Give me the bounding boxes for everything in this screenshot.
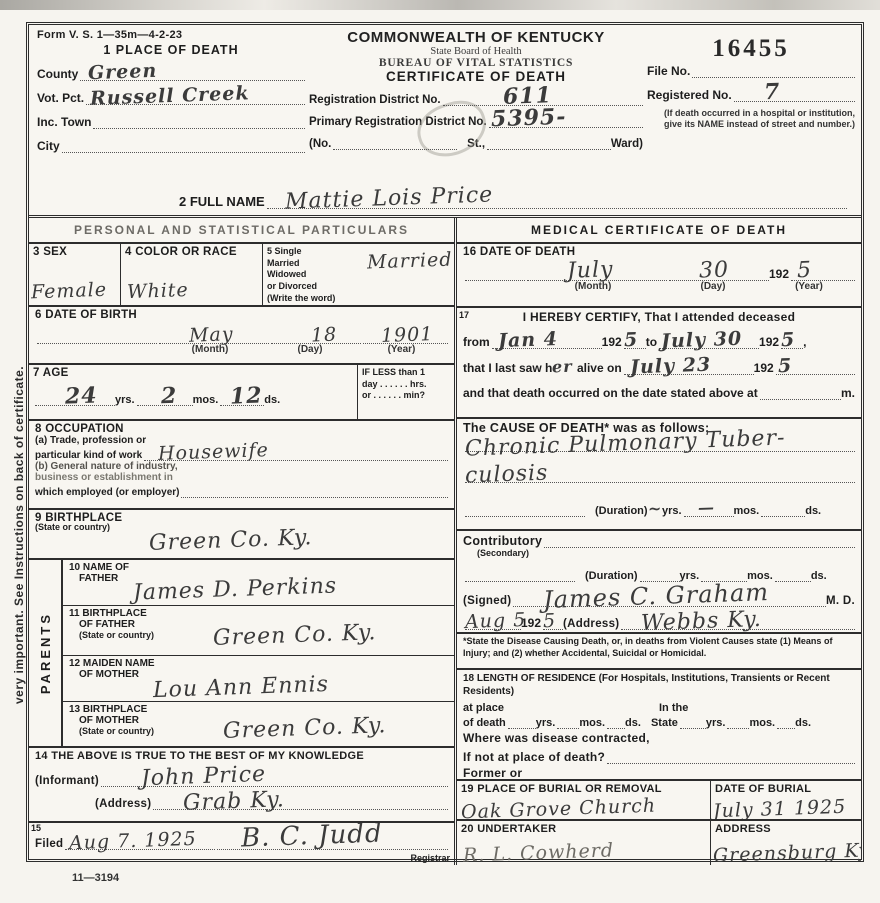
occurred-text: and that death occurred on the date stat…: [463, 386, 758, 400]
age-days-handwriting: 12: [230, 384, 263, 407]
less-than-day-cell: IF LESS than 1 day . . . . . . hrs. or .…: [358, 365, 454, 419]
scanned-death-certificate: very important. See Instructions on back…: [0, 0, 880, 903]
signed-date-line: Aug 5: [465, 615, 521, 630]
from-year-preprint: 192: [602, 335, 622, 349]
scan-artifact: [0, 0, 880, 10]
from-year-handwriting: 5: [623, 330, 638, 349]
inc-town-label: Inc. Town: [37, 115, 91, 129]
dob-day-line: 18: [271, 329, 361, 344]
undertaker-handwriting: R. L. Cowherd: [463, 841, 615, 865]
mother-bp-handwriting: Green Co. Ky.: [223, 715, 387, 743]
registrar-label: Registrar: [410, 853, 450, 865]
informant-address-handwriting: Grab Ky.: [183, 789, 286, 815]
parents-label: PARENTS: [38, 612, 53, 694]
dob-label: 6 DATE OF BIRTH: [35, 309, 448, 321]
cause-handwriting-2: culosis: [465, 463, 549, 488]
primary-registration-line: 5395-: [489, 113, 643, 128]
signed-year-handwriting: 5: [543, 612, 557, 631]
header-left: Form V. S. 1—35m—4-2-23 1 PLACE OF DEATH…: [37, 29, 305, 175]
state-board-subtitle: State Board of Health: [309, 46, 643, 57]
no-line: [333, 135, 457, 150]
from-line: Jan 4: [492, 334, 602, 349]
md-label: M. D.: [826, 595, 855, 607]
from-year-line: 5: [624, 334, 646, 349]
sex-label: 3 SEX: [33, 246, 116, 258]
res-state: State: [651, 717, 678, 729]
burial-label: 19 PLACE OF BURIAL OR REMOVAL: [461, 783, 706, 795]
color-race-handwriting: White: [127, 281, 189, 302]
residence-box: 18 LENGTH OF RESIDENCE (For Hospitals, I…: [457, 670, 861, 781]
inc-town-line: [93, 114, 305, 129]
dod-day-line: 30: [669, 266, 769, 281]
saw-year-handwriting: 5: [777, 356, 792, 375]
sex-handwriting: Female: [31, 281, 108, 303]
less-line-3: or . . . . . . min?: [362, 390, 450, 402]
contributory-box: Contributory (Secondary) (Duration) yrs.…: [457, 531, 861, 670]
cause-ds-caption: ds.: [805, 505, 821, 517]
age-years-line: 24: [35, 391, 115, 406]
full-name-line: Mattie Lois Price: [267, 194, 847, 209]
occupation-a-line2: particular kind of work: [35, 450, 142, 461]
less-line-2: day . . . . . . hrs.: [362, 379, 450, 391]
mother-name-handwriting: Lou Ann Ennis: [153, 674, 330, 702]
registered-no-line: 7: [734, 87, 855, 102]
undertaker-cell: 20 UNDERTAKER R. L. Cowherd: [457, 821, 711, 865]
burial-date-cell: DATE OF BURIAL July 31 1925: [711, 781, 861, 819]
dob-year-line: 1901: [363, 329, 448, 344]
res-ds1: ds.: [625, 717, 641, 729]
undertaker-address-label: ADDRESS: [715, 823, 857, 835]
saw-year-line: 5: [776, 360, 855, 375]
res-in-the: In the: [659, 702, 688, 714]
dob-day-handwriting: 18: [311, 326, 338, 346]
res-yrs1: yrs.: [536, 717, 556, 729]
age-years-handwriting: 24: [65, 384, 98, 407]
sex-color-marital-row: 3 SEX Female 4 COLOR OR RACE White 5 Sin…: [29, 244, 454, 308]
ds-caption: ds.: [264, 394, 280, 406]
occupation-b-line1: (b) General nature of industry,: [35, 461, 448, 472]
informant-label: (Informant): [35, 775, 99, 787]
signed-year-line: 5: [543, 615, 563, 630]
occupation-b-line: [181, 483, 448, 498]
father-bp-label1: 11 BIRTHPLACE: [69, 608, 448, 619]
file-number-stamp: 16455: [647, 35, 855, 63]
to-handwriting: July 30: [661, 329, 743, 351]
burial-handwriting: Oak Grove Church: [461, 797, 657, 821]
from-handwriting: Jan 4: [497, 330, 558, 351]
header-right: 16455 File No. Registered No. 7 (If deat…: [647, 29, 855, 175]
signed-line: James C. Graham: [513, 592, 826, 607]
mos-caption: mos.: [193, 394, 219, 406]
margin-instruction-note: very important. See Instructions on back…: [0, 190, 26, 880]
registration-district-field: Registration District No. 611: [309, 91, 643, 106]
res-at-place: at place: [463, 702, 529, 714]
medical-certificate-column: MEDICAL CERTIFICATE OF DEATH 16 DATE OF …: [457, 218, 861, 865]
st-line: [487, 135, 611, 150]
cause-yrs-line: —: [684, 502, 734, 517]
parents-block: PARENTS 10 NAME OF FATHER James D. Perki…: [29, 560, 454, 748]
county-handwriting: Green: [88, 62, 158, 83]
cause-line-2: culosis: [465, 468, 855, 483]
occurred-time-line: [760, 385, 841, 400]
dod-year-line: 5: [791, 266, 855, 281]
bureau-subtitle: BUREAU OF VITAL STATISTICS: [309, 57, 643, 69]
county-field: County Green: [37, 66, 305, 81]
informant-handwriting: John Price: [141, 764, 267, 790]
cause-of-death-box: The CAUSE OF DEATH* was as follows: Chro…: [457, 419, 861, 530]
occupation-handwriting: Housewife: [158, 441, 269, 464]
city-line: [62, 138, 305, 153]
certify-text: I HEREBY CERTIFY, That I attended deceas…: [463, 310, 855, 324]
occupation-a-line: Housewife: [144, 446, 448, 461]
filed-box: 15 Filed Aug 7. 1925 B. C. Judd Registra…: [29, 823, 454, 865]
saw-pre-label: that I last saw h: [463, 361, 552, 375]
undertaker-address-cell: ADDRESS Greensburg Ky.: [711, 821, 861, 865]
dod-month-handwriting: July: [567, 259, 614, 283]
cause-mos-caption: mos.: [734, 505, 760, 517]
secondary-label: (Secondary): [477, 548, 855, 560]
undertaker-row: 20 UNDERTAKER R. L. Cowherd ADDRESS Gree…: [457, 821, 861, 865]
informant-line: John Price: [101, 772, 448, 787]
signed-address-handwriting: Webbs Ky.: [641, 609, 763, 635]
contributory-label: Contributory: [463, 534, 542, 548]
certificate-title: CERTIFICATE OF DEATH: [309, 69, 643, 84]
to-year-line: 5: [781, 334, 803, 349]
to-year-preprint: 192: [759, 335, 779, 349]
informant-address-label: (Address): [95, 798, 151, 810]
father-birthplace-row: 11 BIRTHPLACE OF FATHER (State or countr…: [63, 606, 454, 656]
marital-handwriting: Married: [366, 250, 452, 272]
occupation-label: 8 OCCUPATION: [35, 423, 448, 435]
mother-name-row: 12 MAIDEN NAME OF MOTHER Lou Ann Ennis: [63, 656, 454, 702]
to-line: July 30: [659, 334, 759, 349]
informant-box: 14 THE ABOVE IS TRUE TO THE BEST OF MY K…: [29, 748, 454, 824]
age-cell: 7 AGE 24 yrs. 2 mos.: [29, 365, 358, 419]
date-of-birth-box: 6 DATE OF BIRTH May 18 1901: [29, 307, 454, 365]
cause-yrs-caption: yrs.: [662, 505, 682, 517]
parents-strip: PARENTS: [29, 560, 63, 746]
filed-date-handwriting: Aug 7. 1925: [69, 830, 197, 853]
dob-month-line: May: [159, 329, 269, 344]
signed-address-label: (Address): [563, 618, 619, 630]
place-of-death-heading: 1 PLACE OF DEATH: [37, 43, 305, 57]
commonwealth-title: COMMONWEALTH OF KENTUCKY: [309, 29, 643, 46]
birthplace-box: 9 BIRTHPLACE (State or country) Green Co…: [29, 510, 454, 560]
certificate-sheet: Form V. S. 1—35m—4-2-23 1 PLACE OF DEATH…: [26, 22, 864, 862]
full-name-handwriting: Mattie Lois Price: [284, 184, 493, 213]
personal-statistical-column: PERSONAL AND STATISTICAL PARTICULARS 3 S…: [29, 218, 457, 865]
saw-date-handwriting: July 23: [629, 355, 711, 377]
dod-year-preprint: 192: [769, 267, 789, 281]
vot-pct-field: Vot. Pct. Russell Creek: [37, 90, 305, 105]
registrar-signature: B. C. Judd: [241, 823, 383, 851]
duration-yrs-mark: ~: [647, 501, 662, 517]
informant-address-line: Grab Ky.: [153, 795, 448, 810]
marital-write-word: (Write the word): [267, 293, 450, 305]
saw-year-preprint: 192: [754, 361, 774, 375]
cause-duration-label: (Duration): [595, 505, 648, 517]
age-months-handwriting: 2: [160, 385, 177, 408]
registrar-sig-line: B. C. Judd: [217, 835, 448, 850]
primary-registration-handwriting: 5395-: [490, 106, 566, 131]
signed-date-handwriting: Aug 5: [465, 611, 527, 632]
registered-no-label: Registered No.: [647, 88, 732, 102]
dod-year-handwriting: 5: [797, 260, 813, 283]
full-name-label: 2 FULL NAME: [179, 194, 265, 209]
date-of-death-box: 16 DATE OF DEATH July 30 192 5: [457, 244, 861, 308]
contrib-duration-label: (Duration): [585, 570, 638, 582]
bottom-form-code: 11—3194: [72, 872, 119, 884]
cause-line-1: Chronic Pulmonary Tuber-: [465, 437, 855, 452]
county-label: County: [37, 67, 78, 81]
burial-date-label: DATE OF BURIAL: [715, 783, 857, 795]
residence-heading: 18 LENGTH OF RESIDENCE (For Hospitals, I…: [463, 672, 855, 698]
marital-cell: 5 Single Married Widowed or Divorced (Wr…: [263, 244, 454, 306]
medical-section-title: MEDICAL CERTIFICATE OF DEATH: [457, 218, 861, 244]
undertaker-address-handwriting: Greensburg Ky.: [713, 841, 861, 865]
vot-pct-handwriting: Russell Creek: [90, 84, 250, 109]
file-no-line: [692, 63, 855, 78]
contrib-ds-caption: ds.: [811, 570, 827, 582]
contracted-line2: If not at place of death?: [463, 750, 605, 764]
filed-label: Filed: [35, 838, 63, 850]
mother-birthplace-row: 13 BIRTHPLACE OF MOTHER (State or countr…: [63, 702, 454, 746]
age-months-line: 2: [137, 391, 193, 406]
age-box: 7 AGE 24 yrs. 2 mos.: [29, 365, 454, 421]
color-race-cell: 4 COLOR OR RACE White: [121, 244, 263, 306]
certify-box: 17 I HEREBY CERTIFY, That I attended dec…: [457, 308, 861, 419]
res-yrs2: yrs.: [706, 717, 726, 729]
dod-label: 16 DATE OF DEATH: [463, 246, 855, 258]
contributory-line: [544, 533, 855, 548]
dob-year-handwriting: 1901: [381, 325, 434, 346]
contracted-line: [607, 749, 855, 764]
cause-mos-line: [761, 502, 805, 517]
informant-heading: 14 THE ABOVE IS TRUE TO THE BEST OF MY K…: [35, 750, 448, 762]
marital-option-divorced: or Divorced: [267, 281, 450, 293]
city-field: City: [37, 138, 305, 153]
dod-day-handwriting: 30: [699, 259, 730, 282]
main-columns: PERSONAL AND STATISTICAL PARTICULARS 3 S…: [29, 215, 861, 865]
saw-date-line: July 23: [624, 360, 754, 375]
yrs-caption: yrs.: [115, 394, 135, 406]
registration-district-label: Registration District No.: [309, 94, 441, 106]
res-mos1: mos.: [579, 717, 605, 729]
county-line: Green: [80, 66, 305, 81]
saw-mid-label: alive on: [577, 361, 622, 375]
city-label: City: [37, 139, 60, 153]
header-center: COMMONWEALTH OF KENTUCKY State Board of …: [305, 29, 647, 175]
signed-address-line: Webbs Ky.: [621, 615, 855, 630]
sex-cell: 3 SEX Female: [29, 244, 121, 306]
occupation-box: 8 OCCUPATION (a) Trade, profession or pa…: [29, 421, 454, 510]
burial-date-handwriting: July 31 1925: [713, 798, 847, 821]
signed-label: (Signed): [463, 595, 511, 607]
occupation-b-line2: business or establishment in: [35, 472, 448, 483]
father-name-handwriting: James D. Perkins: [133, 575, 338, 604]
hospital-note: (If death occurred in a hospital or inst…: [647, 108, 855, 131]
former-line1: Former or: [463, 766, 855, 780]
dod-month-line: July: [527, 266, 667, 281]
inc-town-field: Inc. Town: [37, 114, 305, 129]
registered-no-handwriting: 7: [763, 81, 780, 104]
form-number: Form V. S. 1—35m—4-2-23: [37, 29, 305, 41]
burial-place-cell: 19 PLACE OF BURIAL OR REMOVAL Oak Grove …: [457, 781, 711, 819]
father-name-label1: 10 NAME OF: [69, 562, 448, 573]
full-name-row: 2 FULL NAME Mattie Lois Price: [29, 175, 861, 215]
color-race-label: 4 COLOR OR RACE: [125, 246, 258, 258]
cause-footnote: *State the Disease Causing Death, or, in…: [463, 636, 855, 659]
less-line-1: IF LESS than 1: [362, 367, 450, 379]
to-label: to: [646, 335, 657, 349]
vot-pct-line: Russell Creek: [86, 90, 305, 105]
file-no-label: File No.: [647, 64, 690, 78]
res-mos2: mos.: [749, 717, 775, 729]
age-label: 7 AGE: [33, 367, 353, 379]
ward-label: Ward): [611, 138, 643, 150]
mother-bp-label1: 13 BIRTHPLACE: [69, 704, 448, 715]
file-no-field: File No.: [647, 63, 855, 78]
no-label: (No.: [309, 138, 331, 150]
certify-number: 17: [459, 310, 469, 322]
personal-section-title: PERSONAL AND STATISTICAL PARTICULARS: [29, 218, 454, 244]
occupation-b-line3: which employed (or employer): [35, 487, 179, 498]
contracted-line1: Where was disease contracted,: [463, 731, 855, 745]
mother-name-label1: 12 MAIDEN NAME: [69, 658, 448, 669]
father-bp-handwriting: Green Co. Ky.: [213, 622, 377, 650]
duration-mos-mark: —: [697, 500, 715, 517]
day-caption: (Day): [265, 344, 355, 355]
father-name-row: 10 NAME OF FATHER James D. Perkins: [63, 560, 454, 606]
birthplace-handwriting: Green Co. Ky.: [149, 527, 313, 555]
res-of-death: of death: [463, 717, 506, 729]
to-year-handwriting: 5: [781, 330, 796, 349]
filed-date-line: Aug 7. 1925: [65, 835, 215, 850]
dob-month-handwriting: May: [189, 326, 234, 347]
res-ds2: ds.: [795, 717, 811, 729]
undertaker-label: 20 UNDERTAKER: [461, 823, 706, 835]
from-label: from: [463, 335, 490, 349]
burial-row: 19 PLACE OF BURIAL OR REMOVAL Oak Grove …: [457, 781, 861, 821]
filed-number: 15: [31, 823, 41, 835]
saw-er-handwriting: er: [552, 358, 573, 375]
registered-no-field: Registered No. 7: [647, 87, 855, 102]
age-days-line: 12: [220, 391, 264, 406]
vot-pct-label: Vot. Pct.: [37, 91, 84, 105]
occurred-m-label: m.: [841, 386, 855, 400]
